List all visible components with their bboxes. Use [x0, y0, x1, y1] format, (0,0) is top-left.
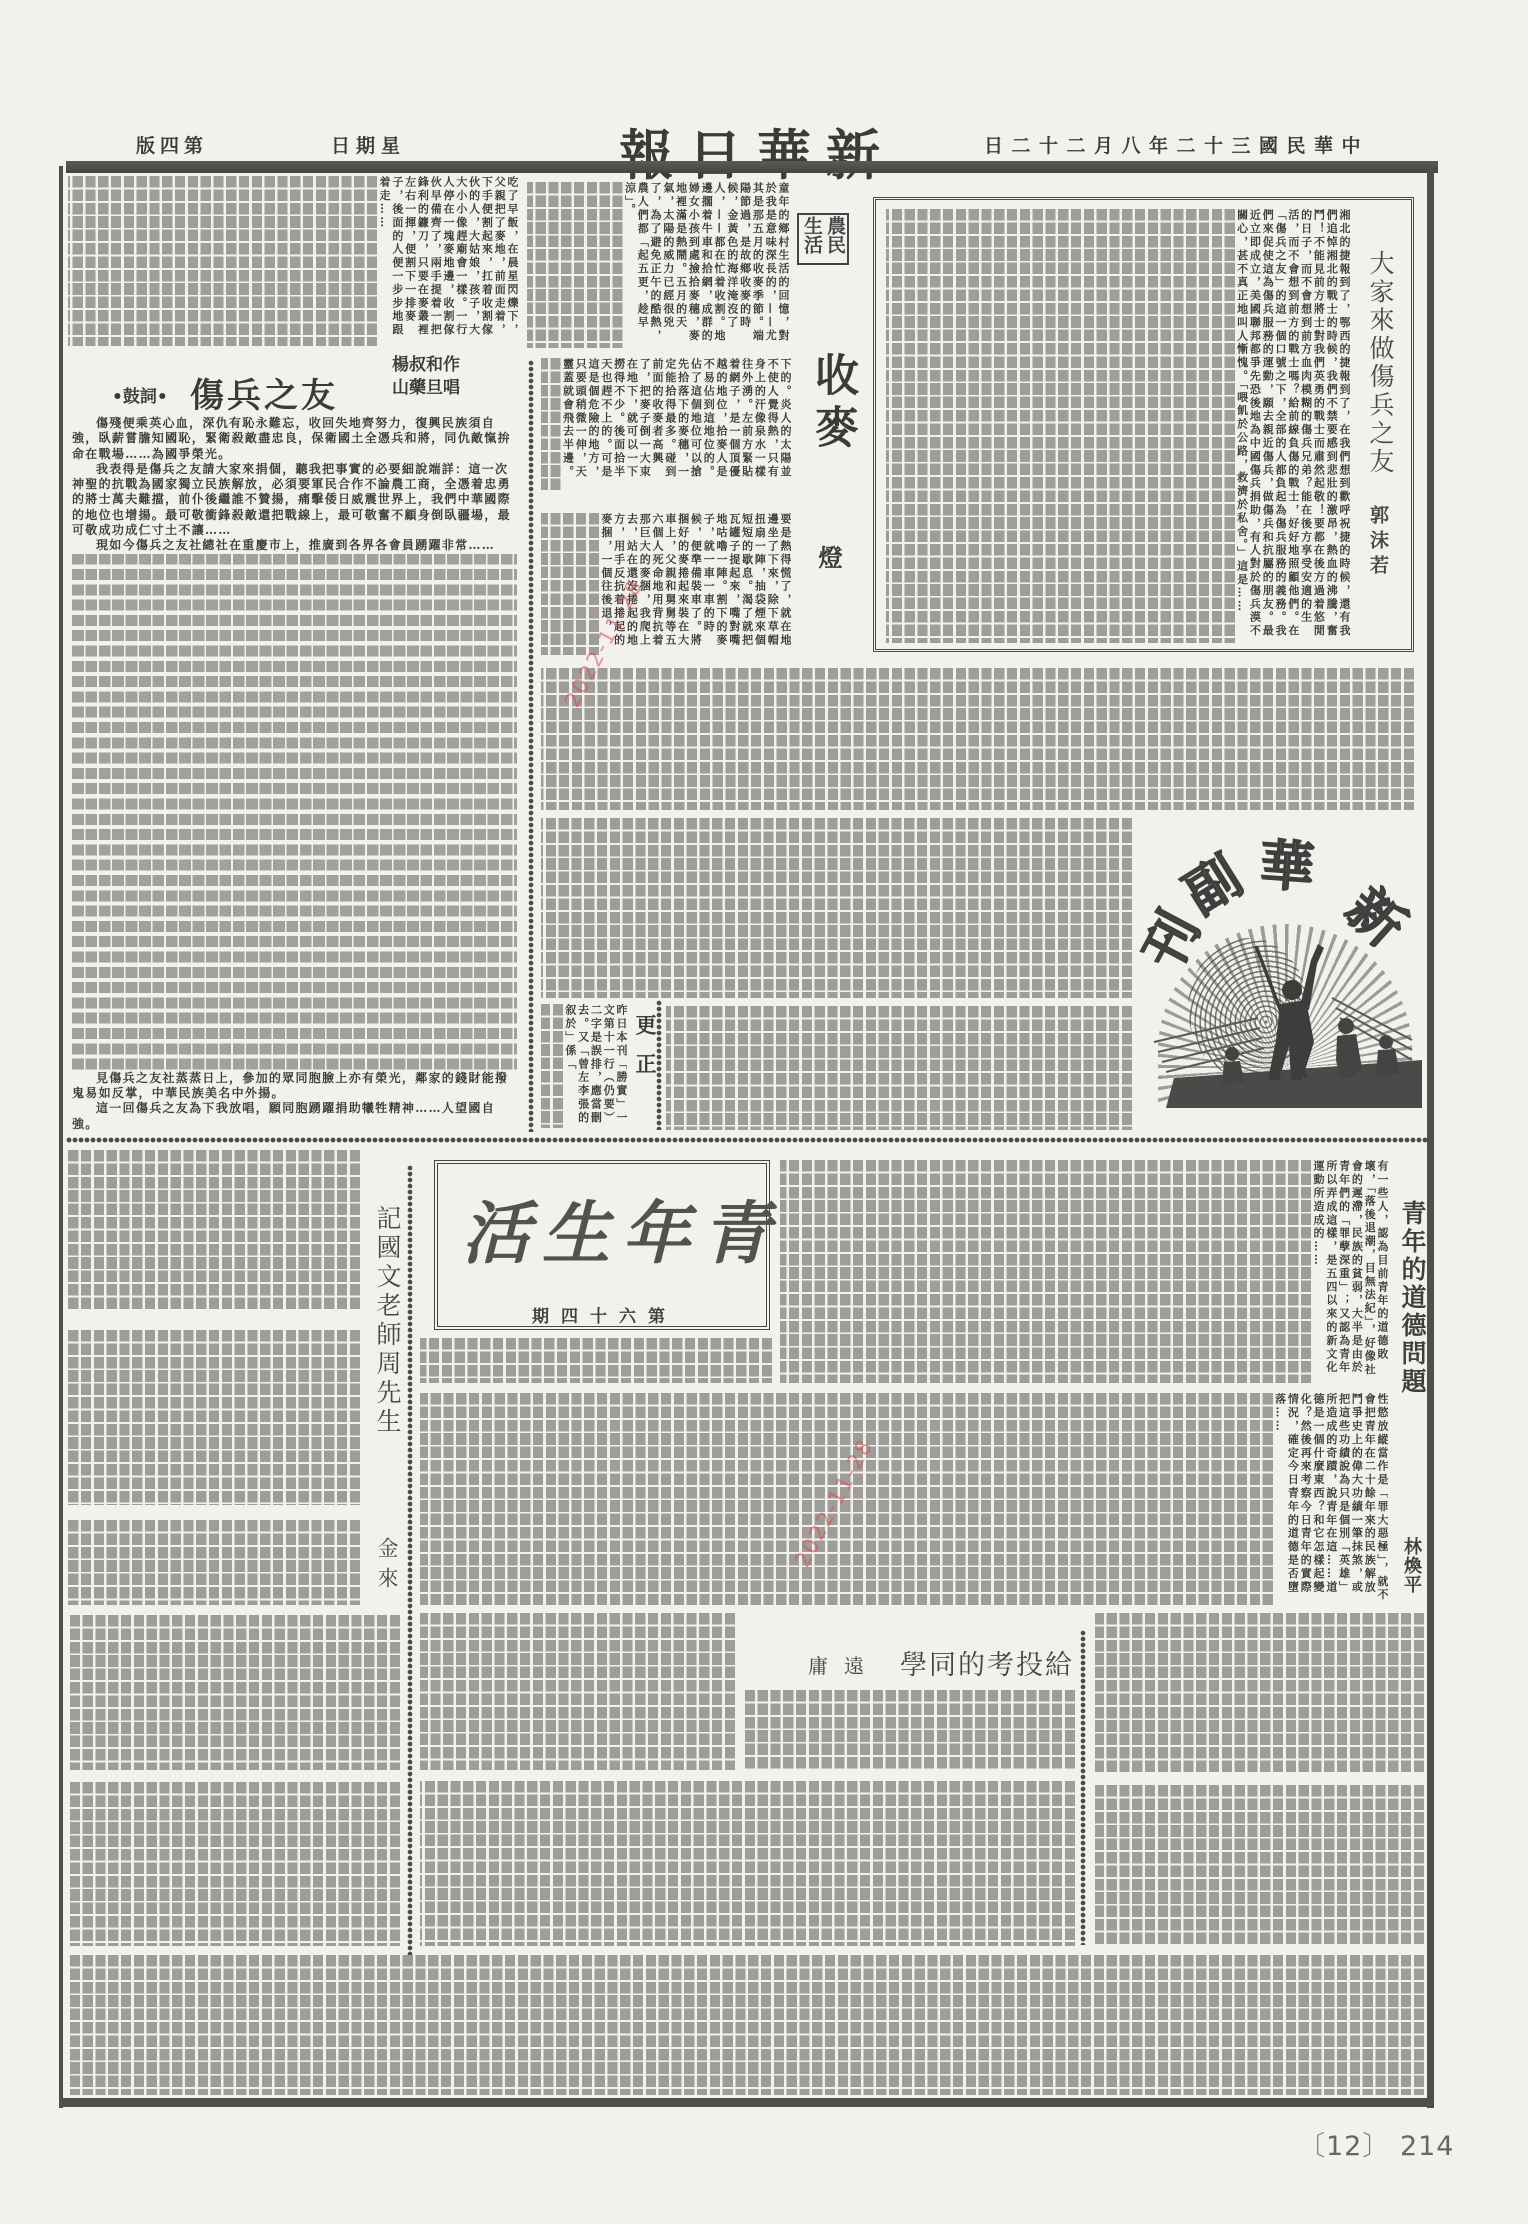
exam-title: 給投考的同學 [900, 1643, 1074, 1682]
article-intro: 童年的鄉村生活的回憶，對於我是意味深長的，——尤其是那五月的收麥季節。端陽節過，… [623, 182, 789, 348]
masthead-rule [66, 161, 1438, 173]
harvest-author: 燈 [811, 545, 846, 569]
song-body-top: 傷殘便乘英心血，深仇有恥永難忘，收回失地齊努力，復興民族須自強，臥薪嘗膽知國恥，… [72, 416, 517, 554]
column-divider [407, 1165, 413, 1955]
article-body: 吃了早飯，在晨星閃爍下，父親把了麥地，前面走着，下手便割起來，扛着收割傢伙的人，… [377, 176, 518, 346]
song-paragraph: 我表得是傷兵之友請大家來捐個，聽我把事實的必要細說端詳：這一次神聖的抗戰為國家獨… [72, 462, 517, 538]
song-paragraph: 現如今傷兵之友社總社在重慶市上，推廣到各界各會員踴躍非常…… [72, 538, 517, 553]
youth-supplement-title: 青年生活 [462, 1180, 782, 1277]
song-genre-label: •鼓詞• [112, 382, 168, 407]
text-columns: 有一些人，認為目前青年的道德敗壞，「落後退潮，目無法紀」，好像社會的遲滯，民族的… [780, 1160, 1388, 1383]
text-columns [68, 1330, 360, 1505]
guo-title: 大家來做傷兵之友 [1362, 250, 1398, 476]
text-columns: 童年的鄉村生活的回憶，對於我是意味深長的，——尤其是那五月的收麥季節。端陽節過，… [527, 182, 789, 348]
text-columns [68, 1520, 360, 1605]
text-columns [666, 1006, 1132, 1130]
article-body: 性慾放縱當作是「罪大惡極」，就不會把青年在二十餘年來的民族解放鬥爭史上的偉大功績… [1273, 1393, 1388, 1605]
supplement-logo: 刊 副 華 新 [1140, 828, 1422, 1108]
column-stamp: 農民生活 [797, 213, 849, 265]
text-columns [68, 1782, 400, 1946]
frame-left [59, 166, 63, 2108]
youth-supplement-masthead: 青年生活 第六十四期 [434, 1160, 770, 1330]
edition-label: 第四版 [136, 131, 208, 158]
text-columns [420, 1338, 772, 1383]
song-paragraph: 這一回傷兵之友為下我放唱，願同胞踴躍捐助犧牲精神……人望國自強。 [72, 1101, 517, 1132]
youth-supplement-issue: 第六十四期 [532, 1302, 677, 1327]
morality-title: 青年的道德問題 [1394, 1200, 1430, 1396]
song-performer: 山藥旦唱 [392, 377, 460, 400]
guo-author: 郭沫若 [1365, 505, 1392, 580]
teacher-title: 記國文老師周先生 [369, 1205, 405, 1437]
text-columns [541, 818, 1132, 998]
weekday-label: 星期日 [331, 131, 406, 158]
logo-char: 華 [1254, 833, 1320, 899]
correction-title: 更正 [630, 1014, 660, 1092]
text-lines: 傷殘便乘英心血，深仇有恥永難忘，收回失地齊努力，復興民族須自強，臥薪嘗膽知國恥，… [72, 416, 517, 1132]
text-columns: 吃了早飯，在晨星閃爍下，父親把了麥地，前面走着，下手便割起來，扛着收割傢伙的人，… [68, 176, 518, 346]
text-columns [1095, 1785, 1424, 1945]
frame-bottom [59, 2098, 1434, 2107]
column-stamp-label: 農民生活 [800, 216, 846, 262]
correction-body: 昨日本刊「勝實」一文第十一行（仍要）二字是誤排，應當刪去。又「曾左李張的叙於」係… [563, 1004, 627, 1128]
harvest-title: 收麥 [800, 352, 864, 456]
column-divider [1080, 1630, 1086, 1945]
song-paragraph: 傷殘便乘英心血，深仇有恥永難忘，收回失地齊努力，復興民族須自強，臥薪嘗膽知國恥，… [72, 416, 517, 462]
teacher-author: 金來 [372, 1537, 402, 1597]
newspaper-title: 新華日報 [619, 113, 895, 190]
song-paragraph: 見傷兵之友社蒸蒸日上，參加的眾同胞臉上亦有榮光，鄰家的錢財能撥鬼易如反掌，中華民… [72, 1071, 517, 1102]
text-columns: 下的。炎人的太陽並不使人覺得熱，只有身上的汗像泉水一樣往外湧。左前方緊貼着網子，… [541, 358, 791, 490]
page-number: 〔12〕 214 [1298, 2124, 1454, 2163]
issue-date: 中華民國三十二年八月二十二日 [984, 131, 1369, 158]
song-author: 楊叔和作 [392, 354, 460, 377]
text-columns [1095, 1613, 1424, 1773]
text-columns [68, 1955, 1424, 2095]
song-title: 傷兵之友 [190, 368, 338, 417]
text-columns [745, 1690, 1075, 1770]
morality-author: 林煥平 [1398, 1537, 1424, 1594]
text-columns [68, 1150, 360, 1310]
text-columns: 湘北的捷報到了，鄂西的捷報到了，在我們想到歡呼祝捷的時候，還有我們追悼湘北的戰士… [886, 209, 1350, 643]
song-byline: 楊叔和作 山藥旦唱 [392, 354, 460, 400]
text-columns [68, 1615, 400, 1770]
song-body-end: 見傷兵之友社蒸蒸日上，參加的眾同胞臉上亦有榮光，鄰家的錢財能撥鬼易如反掌，中華民… [72, 1071, 517, 1132]
section-divider [66, 1137, 1430, 1143]
exam-author: 遠庸 [808, 1650, 880, 1679]
text-columns [420, 1781, 1075, 1946]
article-body: 湘北的捷報到了，鄂西的捷報到了，在我們想到歡呼祝捷的時候，還有我們追悼湘北的戰士… [1235, 209, 1350, 643]
text-columns: 要是熱得慌了，就在地邊坐了下來，除下草帽扭扇一陣，抽袋煙來個短短的歇息。渴了就把… [541, 513, 791, 655]
article-body: 有一些人，認為目前青年的道德敗壞，「落後退潮，目無法紀」，好像社會的遲滯，民族的… [1311, 1160, 1388, 1383]
text-columns [420, 1613, 735, 1770]
article-body: 下的。炎人的太陽並不使人覺得熱，只有身上的汗像泉水一樣往外湧。左前方緊貼着網子，… [561, 358, 791, 490]
text-columns: 性慾放縱當作是「罪大惡極」，就不會把青年在二十餘年來的民族解放鬥爭史上的偉大功績… [420, 1393, 1388, 1605]
text-columns: 昨日本刊「勝實」一文第十一行（仍要）二字是誤排，應當刪去。又「曾左李張的叙於」係… [541, 1004, 627, 1128]
column-divider [528, 360, 534, 1132]
text-columns [541, 668, 1414, 810]
